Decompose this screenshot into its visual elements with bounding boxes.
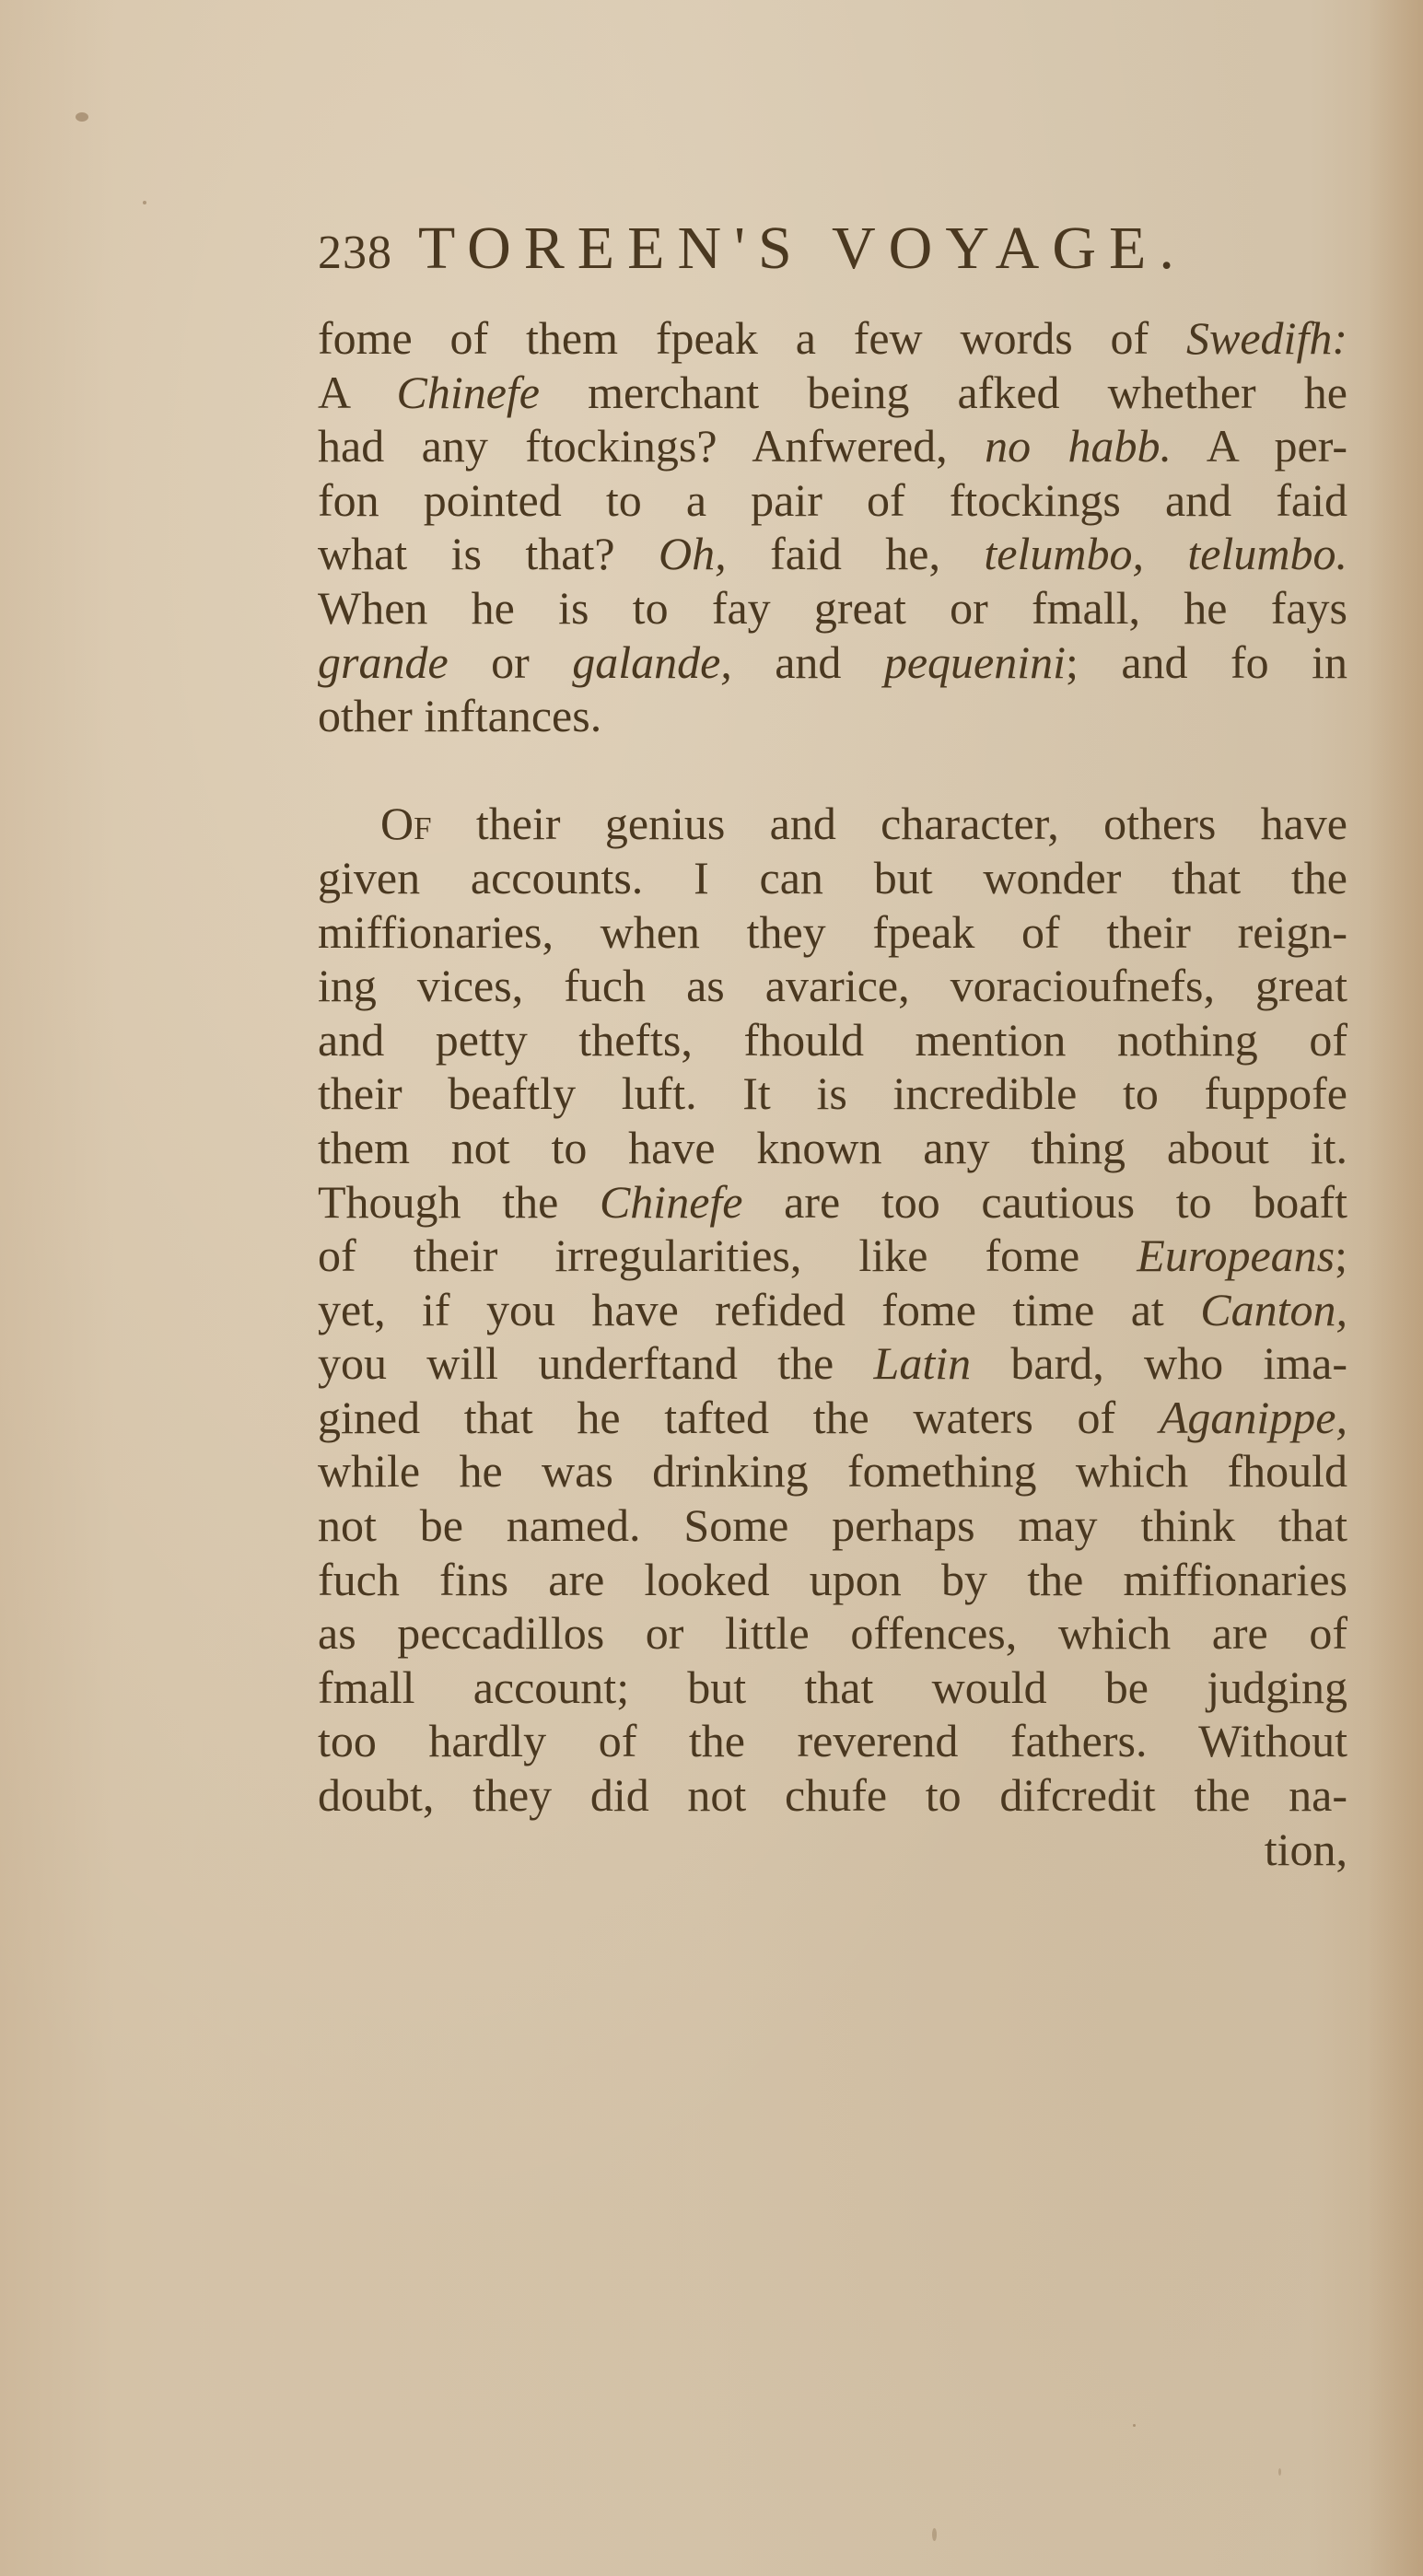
text-segment: you will underftand the xyxy=(318,1337,874,1389)
text-segment: fuch fins are looked upon by the miffion… xyxy=(318,1554,1347,1605)
italic-text: galande, xyxy=(572,636,732,688)
page-number: 238 xyxy=(318,226,392,280)
italic-text: Oh, xyxy=(659,528,727,579)
text-segment: A per- xyxy=(1172,420,1347,472)
text-segment: miffionaries, when they fpeak of their r… xyxy=(318,906,1347,958)
text-segment: are too cautious to boaft xyxy=(742,1176,1347,1228)
italic-text: no habb. xyxy=(985,420,1172,472)
text-line: other inftances. xyxy=(318,689,1347,743)
text-segment: faid he, xyxy=(727,528,985,579)
italic-text: Europeans xyxy=(1137,1230,1335,1281)
text-line: A Chinefe merchant being afked whether h… xyxy=(318,366,1347,420)
italic-text: Canton, xyxy=(1200,1284,1347,1335)
text-line: ing vices, fuch as avarice, voracioufnef… xyxy=(318,959,1347,1013)
text-segment: fon pointed to a pair of ftockings and f… xyxy=(318,474,1347,526)
text-line: doubt, they did not chufe to difcredit t… xyxy=(318,1768,1347,1823)
text-line: not be named. Some perhaps may think tha… xyxy=(318,1498,1347,1553)
text-segment: given accounts. I can but wonder that th… xyxy=(318,852,1347,903)
text-segment: not be named. Some perhaps may think tha… xyxy=(318,1499,1347,1551)
text-line: while he was drinking fomething which fh… xyxy=(318,1444,1347,1498)
text-segment: and xyxy=(732,636,884,688)
italic-text: Swedifh: xyxy=(1186,312,1347,364)
text-line: fuch fins are looked upon by the miffion… xyxy=(318,1553,1347,1607)
text-segment: ; xyxy=(1335,1230,1347,1281)
running-title: TOREEN'S VOYAGE. xyxy=(418,214,1187,284)
text-segment: tion, xyxy=(1265,1824,1347,1875)
text-segment: other inftances. xyxy=(318,690,601,741)
italic-text: pequenini xyxy=(884,636,1066,688)
text-line: grande or galande, and pequenini; and fo… xyxy=(318,635,1347,690)
text-segment: merchant being afked whether he xyxy=(540,367,1347,418)
text-segment: their beaftly luft. It is incredible to … xyxy=(318,1067,1347,1119)
running-head: 238 TOREEN'S VOYAGE. xyxy=(318,214,1349,287)
text-segment: had any ftockings? Anfwered, xyxy=(318,420,985,472)
text-segment: and petty thefts, fhould mention nothing… xyxy=(318,1014,1347,1066)
text-line: of their irregularities, like fome Europ… xyxy=(318,1229,1347,1283)
text-segment: fome of them fpeak a few words of xyxy=(318,312,1186,364)
text-segment: of their irregularities, like fome xyxy=(318,1230,1137,1281)
text-segment: fmall account; but that would be judging xyxy=(318,1661,1347,1713)
text-line: and petty thefts, fhould mention nothing… xyxy=(318,1013,1347,1067)
text-line: them not to have known any thing about i… xyxy=(318,1121,1347,1175)
text-segment: too hardly of the reverend fathers. With… xyxy=(318,1715,1347,1766)
text-line: what is that? Oh, faid he, telumbo, telu… xyxy=(318,527,1347,581)
text-segment: doubt, they did not chufe to difcredit t… xyxy=(318,1769,1347,1821)
text-line: gined that he tafted the waters of Agani… xyxy=(318,1391,1347,1445)
paper-speck xyxy=(932,2528,937,2541)
text-segment: them not to have known any thing about i… xyxy=(318,1122,1347,1173)
paper-speck xyxy=(1133,2424,1136,2427)
text-segment: gined that he tafted the waters of xyxy=(318,1392,1160,1443)
text-line: Though the Chinefe are too cautious to b… xyxy=(318,1175,1347,1230)
text-segment: their genius and character, others have xyxy=(432,798,1347,849)
text-segment: When he is to fay great or fmall, he fay… xyxy=(318,582,1347,634)
text-line: given accounts. I can but wonder that th… xyxy=(318,851,1347,905)
text-line: had any ftockings? Anfwered, no habb. A … xyxy=(318,419,1347,473)
italic-text: Chinefe xyxy=(396,367,540,418)
paper-speck xyxy=(143,201,146,204)
text-segment: as peccadillos or little offences, which… xyxy=(318,1607,1347,1659)
text-segment: while he was drinking fomething which fh… xyxy=(318,1445,1347,1497)
text-line: you will underftand the Latin bard, who … xyxy=(318,1336,1347,1391)
text-line: too hardly of the reverend fathers. With… xyxy=(318,1714,1347,1768)
text-segment: A xyxy=(318,367,396,418)
text-line: When he is to fay great or fmall, he fay… xyxy=(318,581,1347,635)
text-line: fon pointed to a pair of ftockings and f… xyxy=(318,473,1347,528)
italic-text: Chinefe xyxy=(600,1176,743,1228)
italic-text: Aganippe, xyxy=(1160,1392,1347,1443)
text-segment: bard, who ima- xyxy=(971,1337,1347,1389)
text-line: miffionaries, when they fpeak of their r… xyxy=(318,905,1347,960)
text-segment: Though the xyxy=(318,1176,600,1228)
text-segment: or xyxy=(449,636,573,688)
text-line: tion, xyxy=(318,1823,1347,1877)
text-segment: what is that? xyxy=(318,528,659,579)
paragraph-break xyxy=(318,743,1347,798)
text-line: Of their genius and character, others ha… xyxy=(318,797,1347,851)
page-edge-shadow xyxy=(1368,0,1423,2576)
italic-text: grande xyxy=(318,636,449,688)
body-text: fome of them fpeak a few words of Swedif… xyxy=(318,311,1347,1876)
text-line: fmall account; but that would be judging xyxy=(318,1661,1347,1715)
text-segment: yet, if you have refided fome time at xyxy=(318,1284,1200,1335)
text-segment: ; and fo in xyxy=(1066,636,1347,688)
text-line: their beaftly luft. It is incredible to … xyxy=(318,1067,1347,1121)
italic-text: Latin xyxy=(874,1337,972,1389)
paper-speck xyxy=(1278,2468,1281,2476)
text-line: fome of them fpeak a few words of Swedif… xyxy=(318,311,1347,366)
small-caps-text: Of xyxy=(380,798,432,849)
text-line: yet, if you have refided fome time at Ca… xyxy=(318,1283,1347,1337)
text-line: as peccadillos or little offences, which… xyxy=(318,1606,1347,1661)
italic-text: telumbo, telumbo. xyxy=(984,528,1347,579)
text-segment: ing vices, fuch as avarice, voracioufnef… xyxy=(318,960,1347,1011)
paper-speck xyxy=(76,112,88,122)
